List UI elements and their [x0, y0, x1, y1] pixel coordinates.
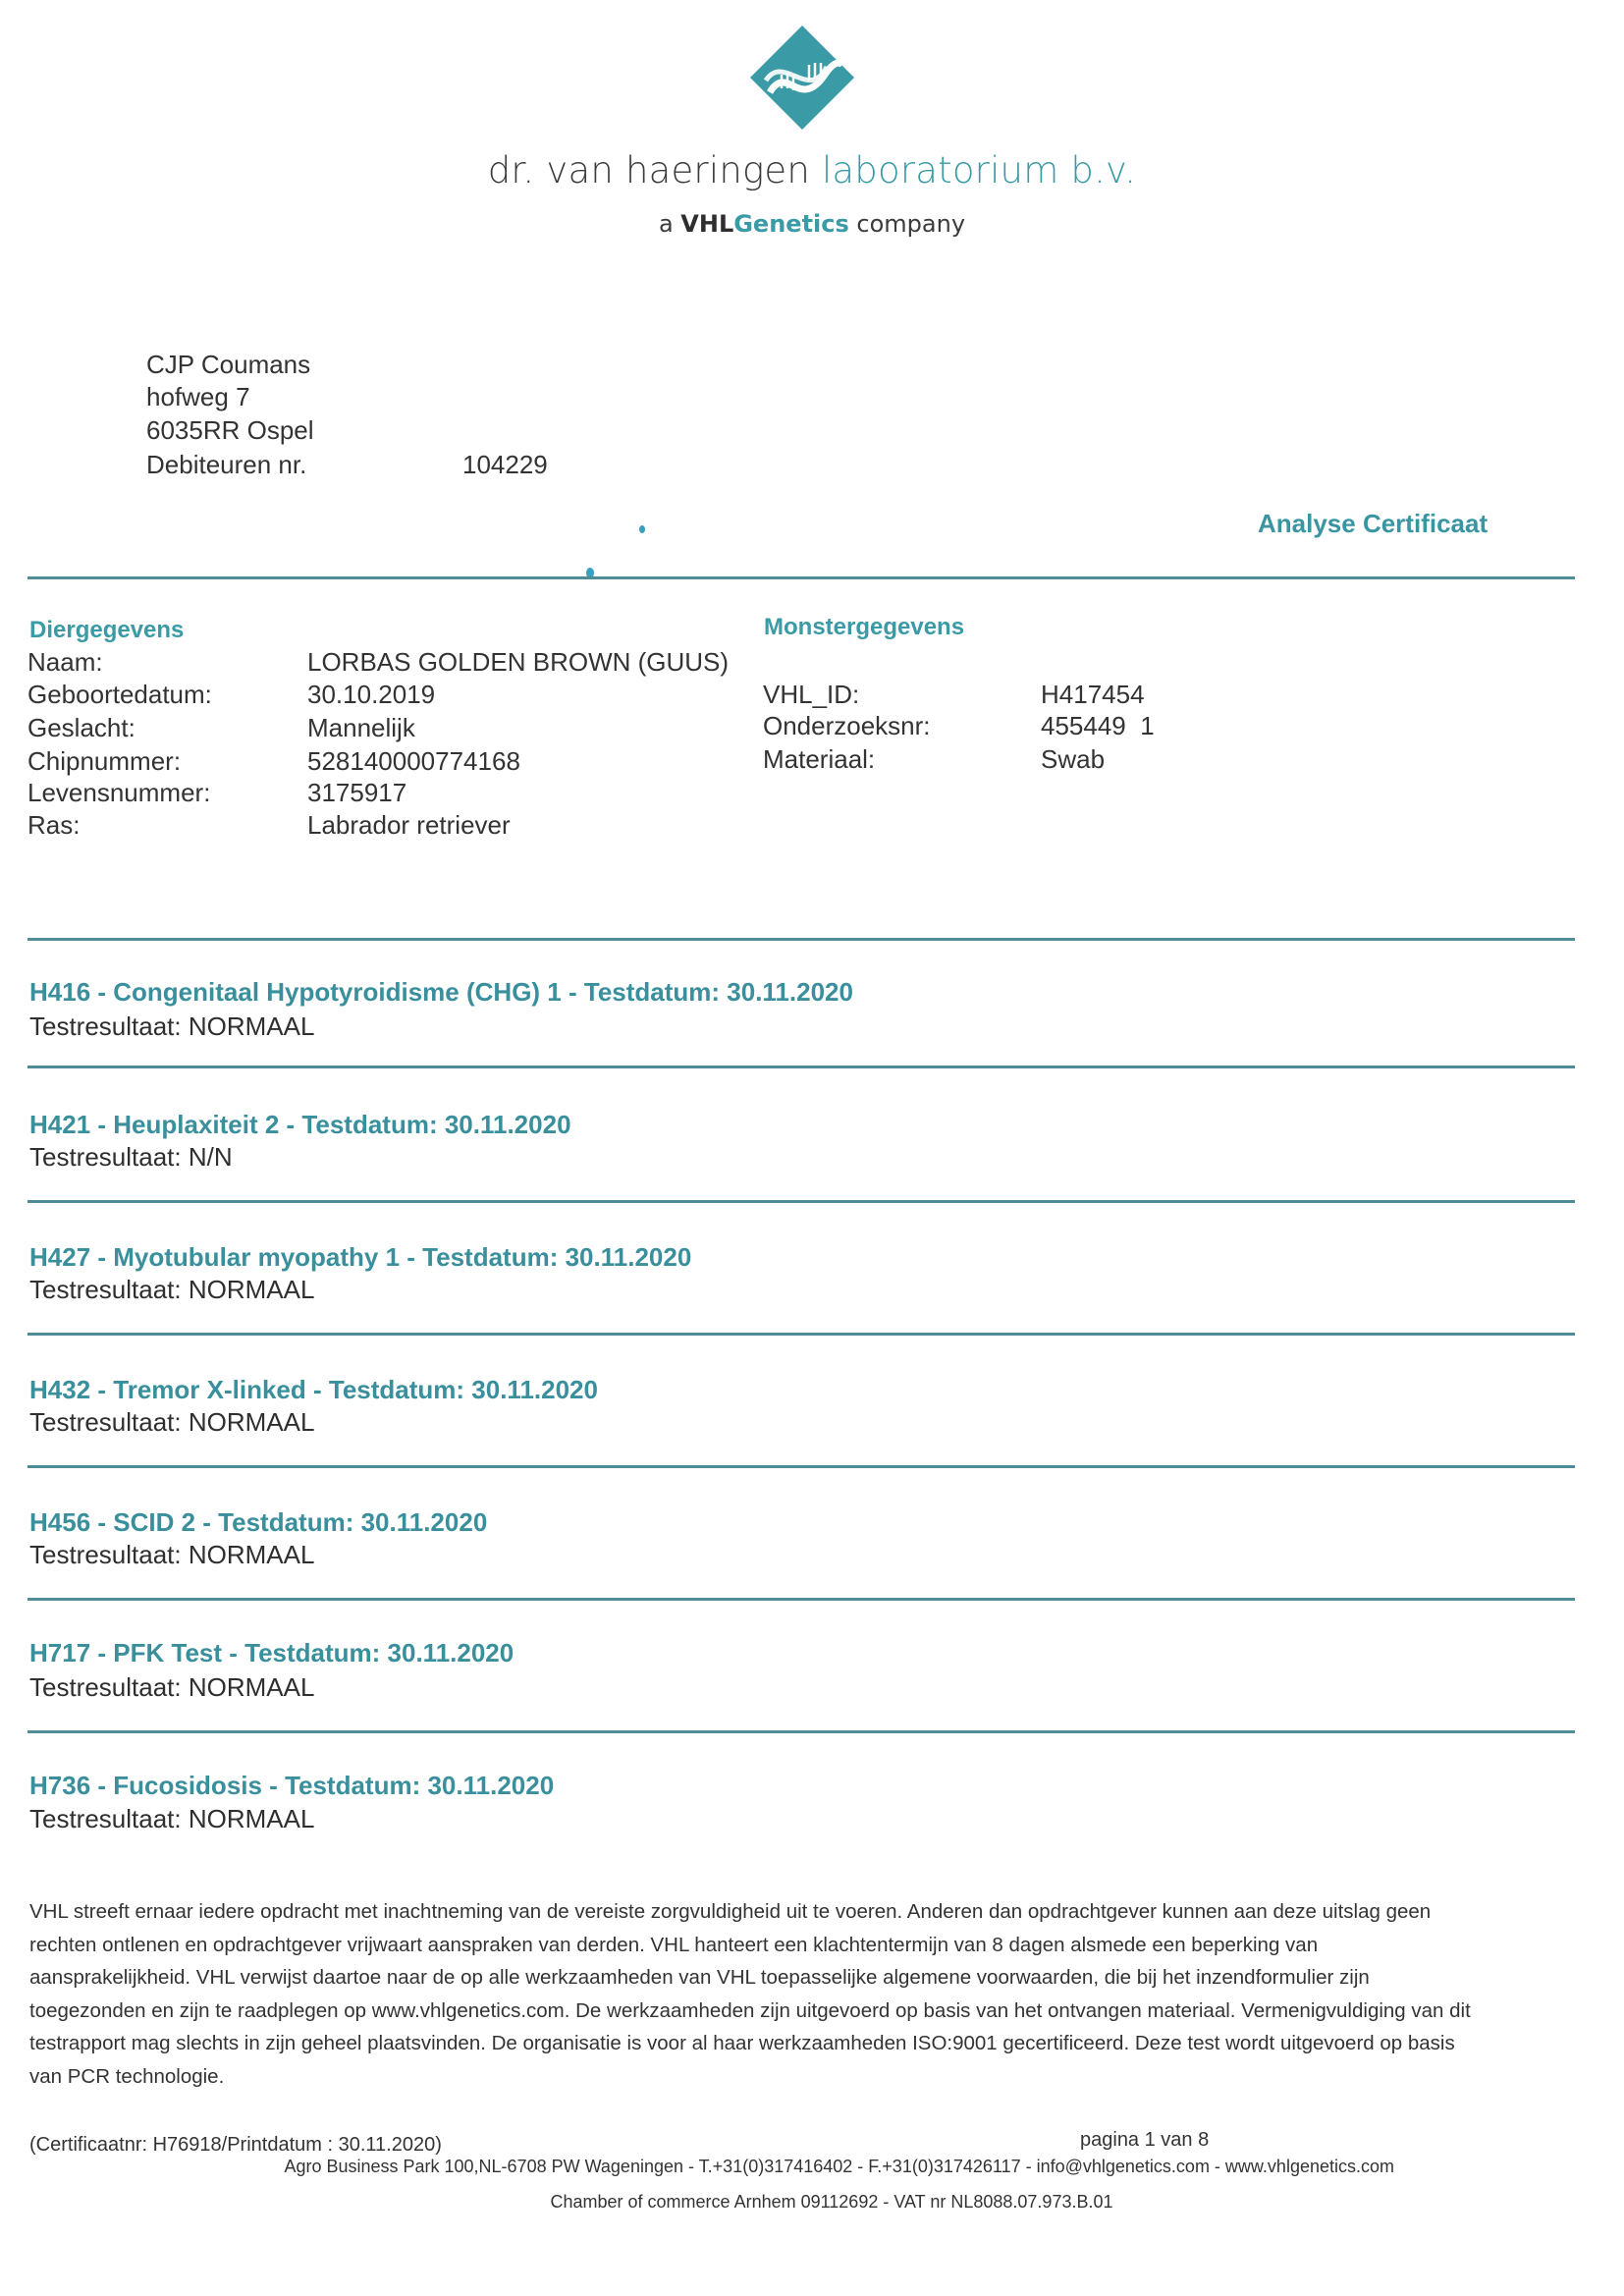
brand-vhl: VHL — [680, 210, 733, 238]
animal-label-breed: Ras: — [27, 810, 80, 841]
test-result: Testresultaat: NORMAAL — [29, 1407, 314, 1438]
subtitle-prefix: a — [659, 210, 680, 238]
divider — [27, 1333, 1575, 1336]
animal-label-registration: Levensnummer: — [27, 778, 210, 808]
recipient-city: 6035RR Ospel — [146, 415, 314, 446]
company-name: dr. van haeringen laboratorium b.v. — [0, 149, 1624, 191]
animal-value-chip: 528140000774168 — [307, 746, 520, 777]
dna-diamond-logo-icon — [748, 24, 856, 132]
animal-label-chip: Chipnummer: — [27, 746, 181, 777]
subtitle-suffix: company — [849, 210, 965, 238]
sample-value-research-nr: 455449 1 — [1041, 711, 1155, 741]
company-name-dark: dr. van haeringen — [488, 149, 822, 191]
sample-value-material: Swab — [1041, 744, 1105, 775]
animal-value-breed: Labrador retriever — [307, 810, 511, 841]
test-title: H416 - Congenitaal Hypotyroidisme (CHG) … — [29, 977, 853, 1008]
test-result: Testresultaat: NORMAAL — [29, 1804, 314, 1834]
company-address-line: Agro Business Park 100,NL-6708 PW Wageni… — [0, 2157, 1394, 2177]
test-title: H421 - Heuplaxiteit 2 - Testdatum: 30.11… — [29, 1110, 571, 1140]
company-name-accent: laboratorium b.v. — [822, 149, 1136, 191]
divider — [27, 1200, 1575, 1203]
sample-data-heading: Monstergegevens — [764, 614, 964, 641]
document-title: Analyse Certificaat — [1258, 509, 1488, 539]
divider — [27, 1066, 1575, 1068]
divider — [27, 576, 1575, 579]
company-registry-line: Chamber of commerce Arnhem 09112692 - VA… — [0, 2192, 1624, 2213]
recipient-name: CJP Coumans — [146, 350, 310, 380]
animal-label-sex: Geslacht: — [27, 713, 135, 743]
page-number: pagina 1 van 8 — [1080, 2129, 1209, 2152]
debtor-label: Debiteuren nr. — [146, 450, 306, 480]
test-result: Testresultaat: N/N — [29, 1142, 233, 1173]
company-subtitle: a VHLGenetics company — [0, 210, 1624, 238]
animal-value-birthdate: 30.10.2019 — [307, 680, 435, 710]
test-result: Testresultaat: NORMAAL — [29, 1540, 314, 1570]
debtor-number: 104229 — [462, 450, 548, 480]
animal-label-name: Naam: — [27, 647, 103, 678]
animal-label-birthdate: Geboortedatum: — [27, 680, 212, 710]
test-result: Testresultaat: NORMAAL — [29, 1275, 314, 1305]
divider — [27, 1730, 1575, 1733]
test-title: H456 - SCID 2 - Testdatum: 30.11.2020 — [29, 1507, 487, 1538]
test-title: H432 - Tremor X-linked - Testdatum: 30.1… — [29, 1375, 598, 1405]
animal-value-sex: Mannelijk — [307, 713, 415, 743]
animal-value-registration: 3175917 — [307, 778, 406, 808]
divider — [27, 938, 1575, 941]
test-title: H736 - Fucosidosis - Testdatum: 30.11.20… — [29, 1771, 554, 1801]
sample-label-research-nr: Onderzoeksnr: — [763, 711, 931, 741]
recipient-street: hofweg 7 — [146, 382, 250, 412]
scan-artifact — [639, 525, 645, 533]
test-result: Testresultaat: NORMAAL — [29, 1011, 314, 1042]
sample-value-vhl-id: H417454 — [1041, 680, 1145, 710]
test-title: H427 - Myotubular myopathy 1 - Testdatum… — [29, 1242, 691, 1273]
divider — [27, 1598, 1575, 1601]
disclaimer-text: VHL streeft ernaar iedere opdracht met i… — [29, 1895, 1473, 2093]
animal-value-name: LORBAS GOLDEN BROWN (GUUS) — [307, 647, 729, 678]
sample-label-material: Materiaal: — [763, 744, 875, 775]
certificate-number: (Certificaatnr: H76918/Printdatum : 30.1… — [29, 2134, 442, 2157]
brand-genetics: Genetics — [733, 210, 849, 238]
divider — [27, 1465, 1575, 1468]
test-result: Testresultaat: NORMAAL — [29, 1672, 314, 1703]
sample-label-vhl-id: VHL_ID: — [763, 680, 859, 710]
animal-data-heading: Diergegevens — [29, 617, 184, 644]
test-title: H717 - PFK Test - Testdatum: 30.11.2020 — [29, 1638, 514, 1668]
